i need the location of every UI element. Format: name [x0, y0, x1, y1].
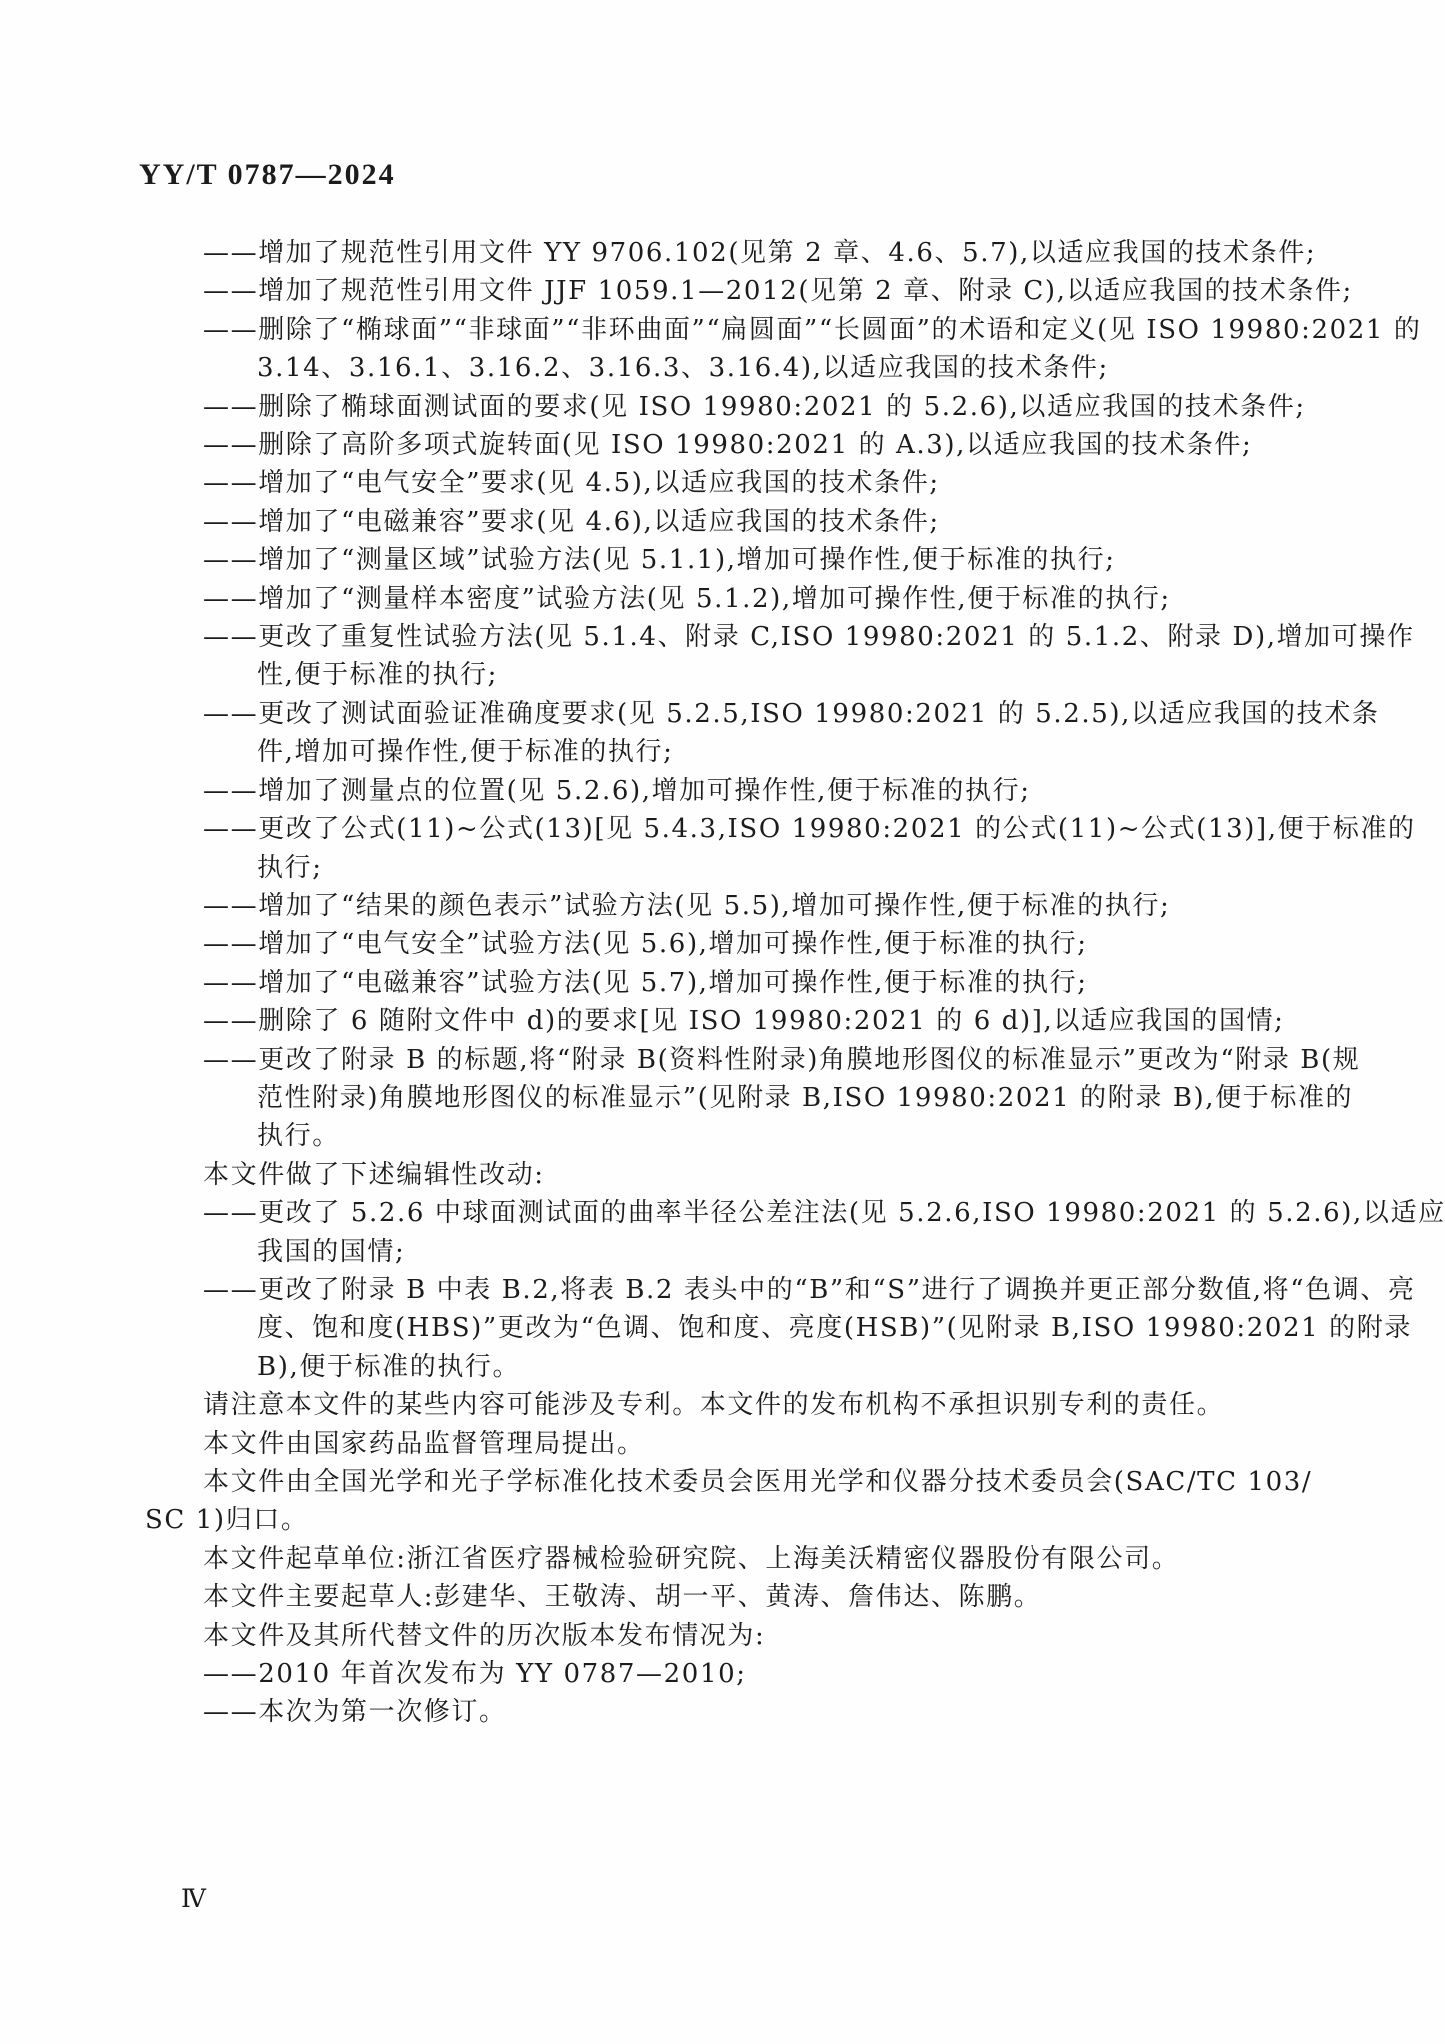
- document-line: 本文件主要起草人:彭建华、王敬涛、胡一平、黄涛、詹伟达、陈鹏。: [145, 1578, 1310, 1616]
- document-line: 范性附录)角膜地形图仪的标准显示”(见附录 B,ISO 19980:2021 的…: [145, 1079, 1310, 1117]
- document-line: 本文件做了下述编辑性改动:: [145, 1156, 1310, 1194]
- document-line: ——更改了附录 B 的标题,将“附录 B(资料性附录)角膜地形图仪的标准显示”更…: [145, 1041, 1310, 1079]
- document-line: ——更改了公式(11)~公式(13)[见 5.4.3,ISO 19980:202…: [145, 810, 1310, 848]
- page-number: Ⅳ: [181, 1884, 207, 1913]
- document-body: ——增加了规范性引用文件 YY 9706.102(见第 2 章、4.6、5.7)…: [145, 234, 1310, 1732]
- document-line: ——增加了“电磁兼容”要求(见 4.6),以适应我国的技术条件;: [145, 503, 1310, 541]
- document-line: ——增加了“电磁兼容”试验方法(见 5.7),增加可操作性,便于标准的执行;: [145, 964, 1310, 1002]
- document-line: ——删除了 6 随附文件中 d)的要求[见 ISO 19980:2021 的 6…: [145, 1002, 1310, 1040]
- document-line: ——更改了附录 B 中表 B.2,将表 B.2 表头中的“B”和“S”进行了调换…: [145, 1271, 1310, 1309]
- document-line: ——增加了“电气安全”试验方法(见 5.6),增加可操作性,便于标准的执行;: [145, 925, 1310, 963]
- document-line: 件,增加可操作性,便于标准的执行;: [145, 733, 1310, 771]
- document-line: 本文件起草单位:浙江省医疗器械检验研究院、上海美沃精密仪器股份有限公司。: [145, 1540, 1310, 1578]
- document-line: 度、饱和度(HBS)”更改为“色调、饱和度、亮度(HSB)”(见附录 B,ISO…: [145, 1309, 1310, 1347]
- document-line: ——增加了“测量样本密度”试验方法(见 5.1.2),增加可操作性,便于标准的执…: [145, 580, 1310, 618]
- document-line: 执行。: [145, 1117, 1310, 1155]
- document-line: ——删除了“椭球面”“非球面”“非环曲面”“扁圆面”“长圆面”的术语和定义(见 …: [145, 311, 1310, 349]
- document-line: 请注意本文件的某些内容可能涉及专利。本文件的发布机构不承担识别专利的责任。: [145, 1386, 1310, 1424]
- document-line: 本文件由全国光学和光子学标准化技术委员会医用光学和仪器分技术委员会(SAC/TC…: [145, 1463, 1310, 1501]
- document-line: ——删除了高阶多项式旋转面(见 ISO 19980:2021 的 A.3),以适…: [145, 426, 1310, 464]
- document-line: ——删除了椭球面测试面的要求(见 ISO 19980:2021 的 5.2.6)…: [145, 388, 1310, 426]
- document-line: ——增加了规范性引用文件 YY 9706.102(见第 2 章、4.6、5.7)…: [145, 234, 1310, 272]
- document-line: SC 1)归口。: [145, 1501, 1310, 1539]
- document-line: ——更改了测试面验证准确度要求(见 5.2.5,ISO 19980:2021 的…: [145, 695, 1310, 733]
- document-page: YY/T 0787—2024 ——增加了规范性引用文件 YY 9706.102(…: [0, 0, 1445, 2044]
- document-line: ——增加了测量点的位置(见 5.2.6),增加可操作性,便于标准的执行;: [145, 772, 1310, 810]
- document-line: 本文件及其所代替文件的历次版本发布情况为:: [145, 1617, 1310, 1655]
- document-line: 执行;: [145, 849, 1310, 887]
- document-line: 性,便于标准的执行;: [145, 656, 1310, 694]
- document-line: ——增加了“测量区域”试验方法(见 5.1.1),增加可操作性,便于标准的执行;: [145, 541, 1310, 579]
- document-line: ——更改了 5.2.6 中球面测试面的曲率半径公差注法(见 5.2.6,ISO …: [145, 1194, 1310, 1232]
- document-line: 我国的国情;: [145, 1233, 1310, 1271]
- document-line: ——增加了规范性引用文件 JJF 1059.1—2012(见第 2 章、附录 C…: [145, 272, 1310, 310]
- document-line: ——增加了“结果的颜色表示”试验方法(见 5.5),增加可操作性,便于标准的执行…: [145, 887, 1310, 925]
- standard-number-header: YY/T 0787—2024: [139, 158, 396, 192]
- document-line: B),便于标准的执行。: [145, 1348, 1310, 1386]
- document-line: ——更改了重复性试验方法(见 5.1.4、附录 C,ISO 19980:2021…: [145, 618, 1310, 656]
- document-line: ——本次为第一次修订。: [145, 1693, 1310, 1731]
- document-line: ——增加了“电气安全”要求(见 4.5),以适应我国的技术条件;: [145, 464, 1310, 502]
- document-line: 3.14、3.16.1、3.16.2、3.16.3、3.16.4),以适应我国的…: [145, 349, 1310, 387]
- document-line: 本文件由国家药品监督管理局提出。: [145, 1425, 1310, 1463]
- document-line: ——2010 年首次发布为 YY 0787—2010;: [145, 1655, 1310, 1693]
